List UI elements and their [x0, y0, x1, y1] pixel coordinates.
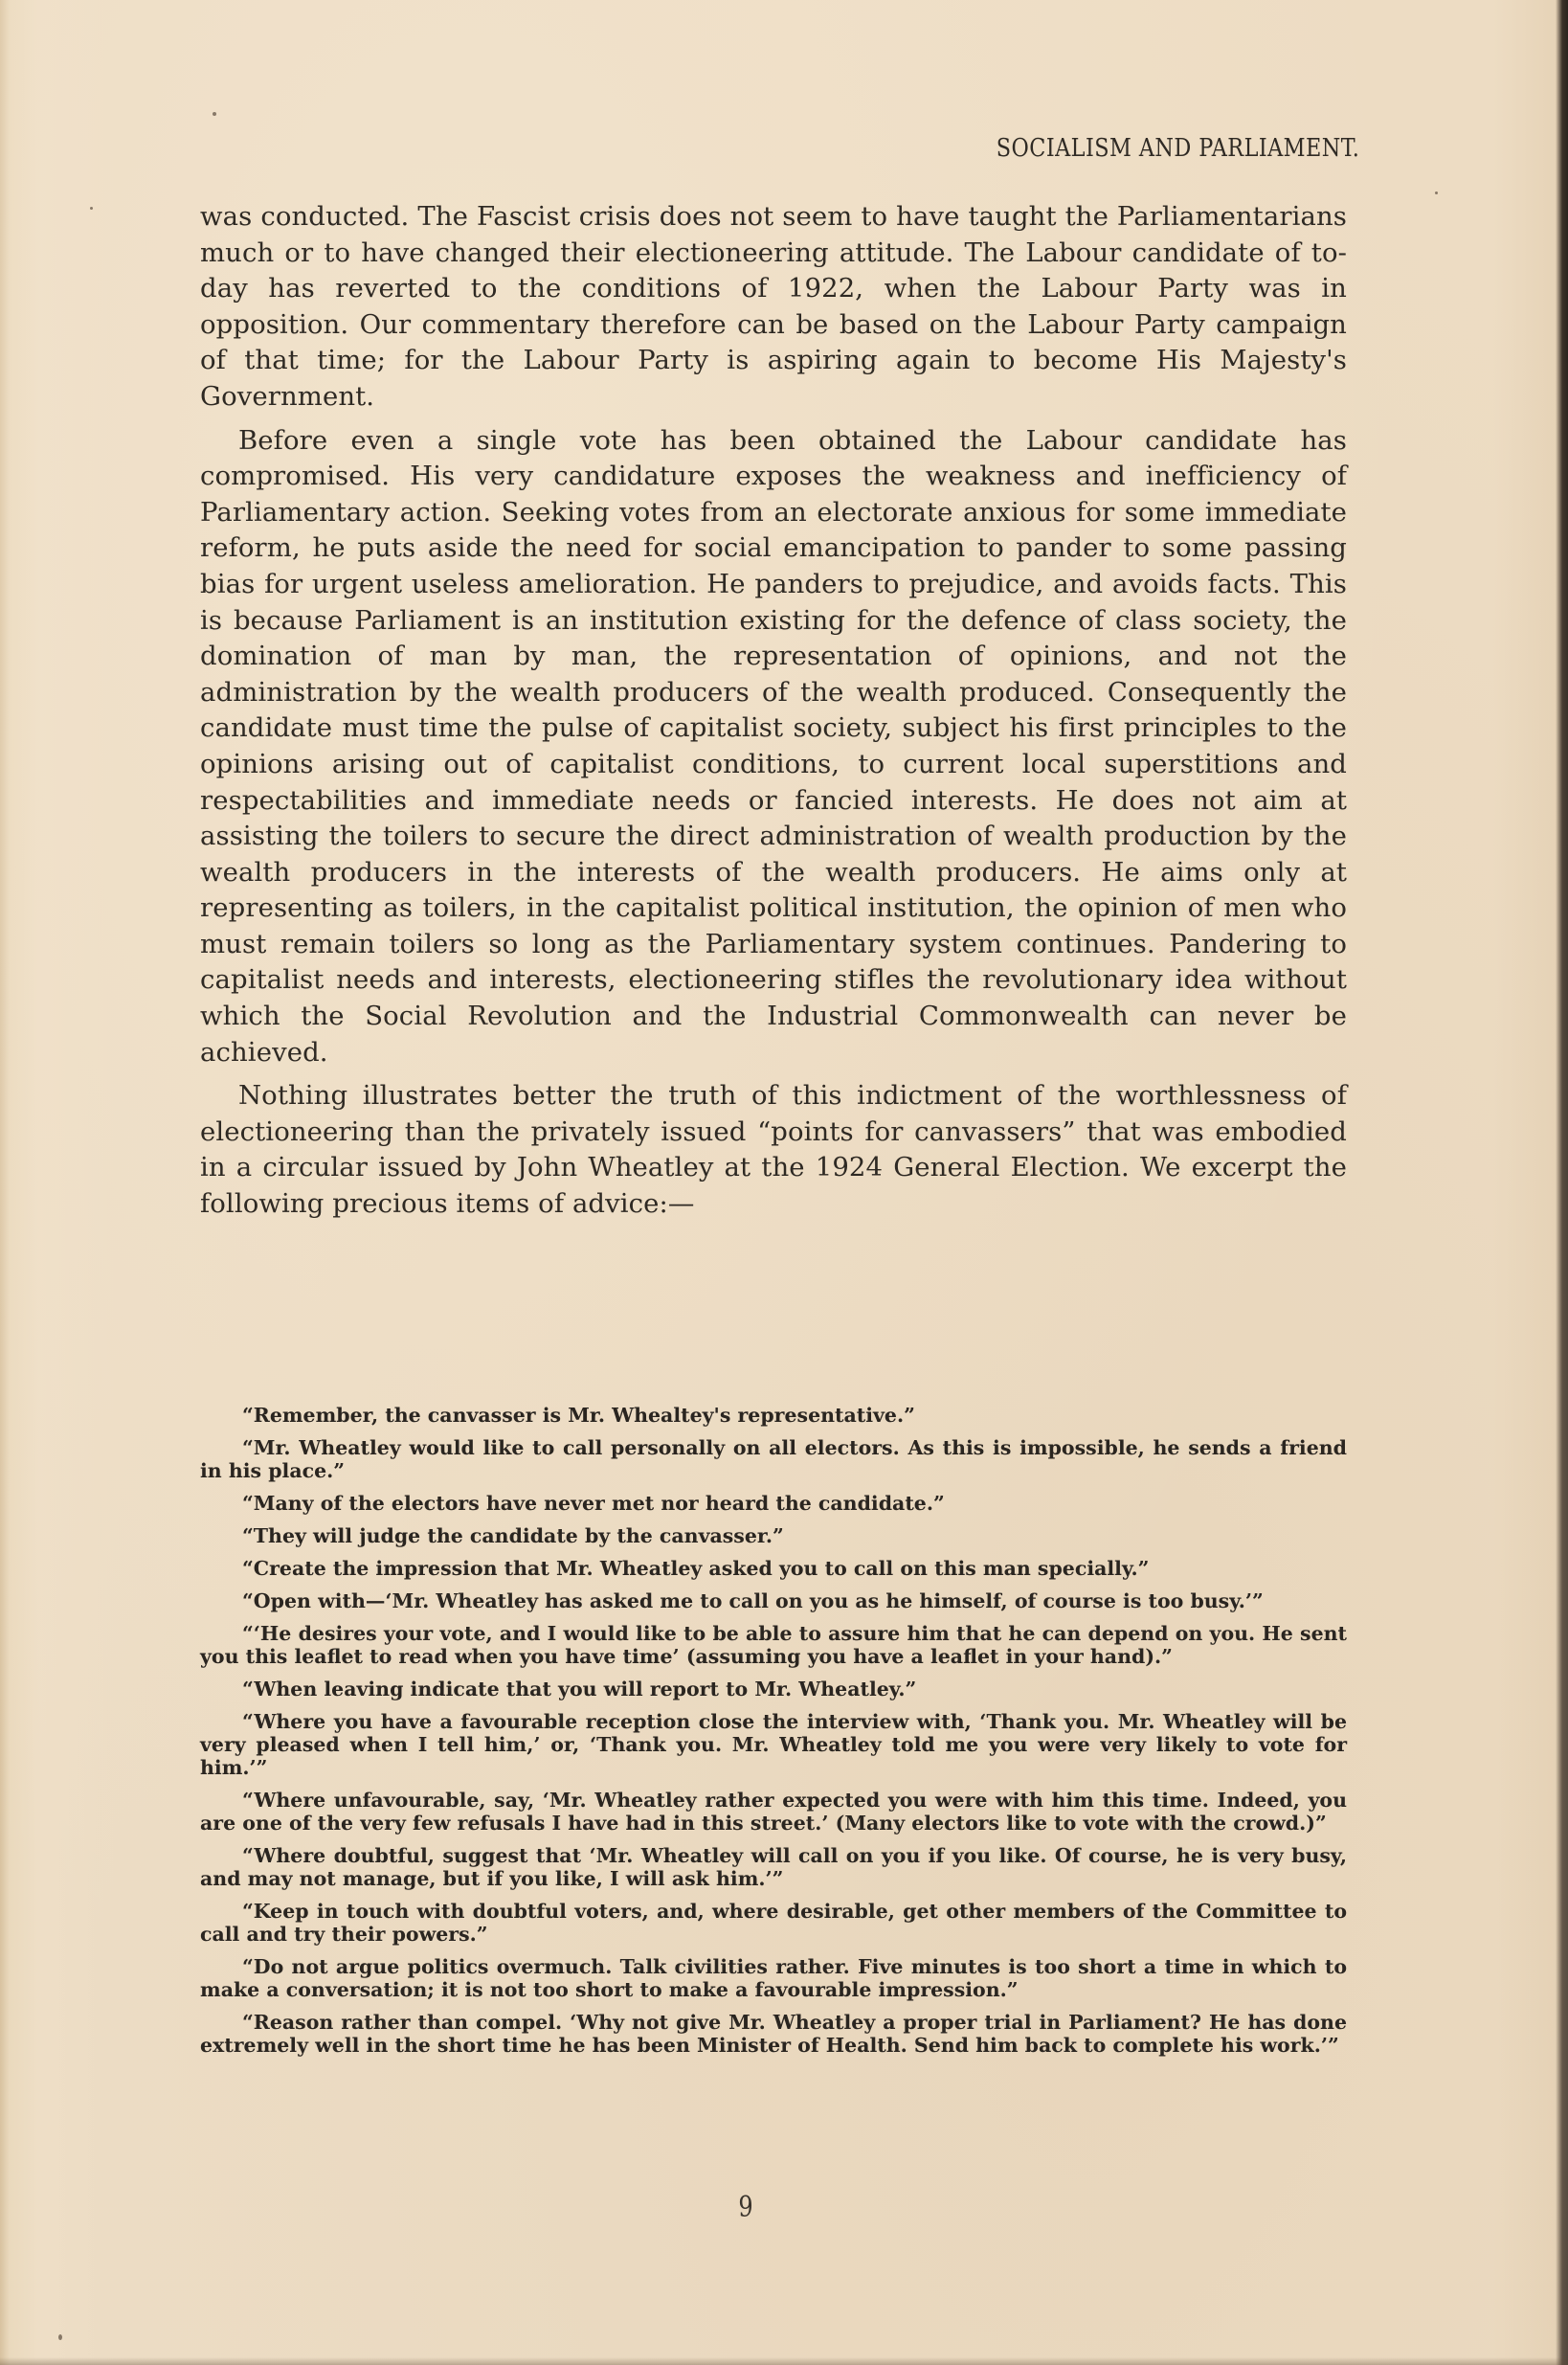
canvasser-advice-quotes: “Remember, the canvasser is Mr. Whealtey… [200, 1404, 1347, 2066]
running-header-title: SOCIALISM AND PARLIAMENT. [996, 134, 1359, 163]
quote-item: “Where you have a favourable reception c… [200, 1710, 1347, 1779]
paper-speck [213, 112, 216, 116]
quote-item: “Create the impression that Mr. Wheatley… [200, 1557, 1347, 1580]
quote-item: “Remember, the canvasser is Mr. Whealtey… [200, 1404, 1347, 1427]
paper-speck [58, 2334, 62, 2340]
paragraph-compromise: Before even a single vote has been obtai… [200, 423, 1347, 1071]
scanned-page: SOCIALISM AND PARLIAMENT. was conducted.… [0, 0, 1568, 2365]
quote-item: “Many of the electors have never met nor… [200, 1492, 1347, 1515]
quote-item: “‘He desires your vote, and I would like… [200, 1622, 1347, 1668]
quote-item: “Where doubtful, suggest that ‘Mr. Wheat… [200, 1844, 1347, 1890]
quote-item: “When leaving indicate that you will rep… [200, 1678, 1347, 1701]
body-text: was conducted. The Fascist crisis does n… [200, 199, 1347, 1230]
paragraph-introduction-to-quotes: Nothing illustrates better the truth of … [200, 1078, 1347, 1222]
page-bottom-shadow [0, 2357, 1568, 2365]
quote-item: “Keep in touch with doubtful voters, and… [200, 1900, 1347, 1946]
paper-speck [1435, 191, 1438, 194]
paper-speck [90, 207, 93, 210]
paragraph-continuation: was conducted. The Fascist crisis does n… [200, 199, 1347, 416]
quote-item: “Where unfavourable, say, ‘Mr. Wheatley … [200, 1789, 1347, 1835]
quote-item: “They will judge the candidate by the ca… [200, 1524, 1347, 1547]
quote-item: “Do not argue politics overmuch. Talk ci… [200, 1955, 1347, 2001]
page-number: 9 [119, 2191, 1373, 2224]
quote-item: “Reason rather than compel. ‘Why not giv… [200, 2011, 1347, 2057]
quote-item: “Open with—‘Mr. Wheatley has asked me to… [200, 1589, 1347, 1612]
quote-item: “Mr. Wheatley would like to call persona… [200, 1436, 1347, 1482]
